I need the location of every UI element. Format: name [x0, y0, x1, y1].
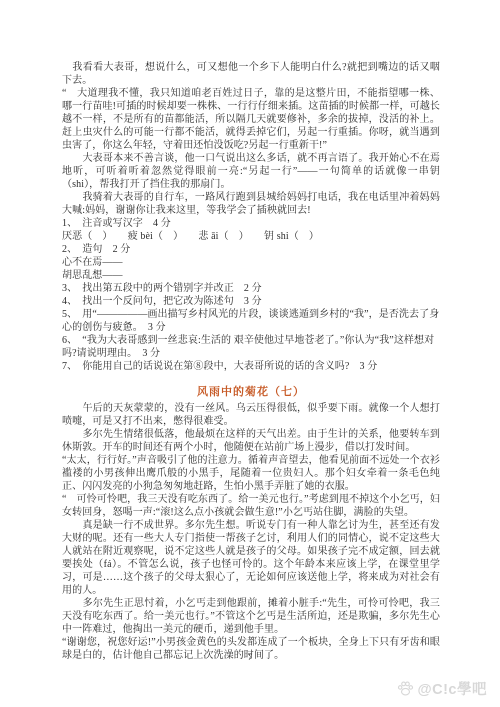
reading-paragraph: 多尔先生正思忖着，小乞丐走到他跟前，摊着小脏手:“先生，可怜可怜吧，我三天没有吃… — [62, 597, 440, 636]
question-blank-line: 胡思乱想—— — [62, 269, 440, 282]
question-blank-line: 厌恶（ ） 疲 bèi（ ） 悲 āi（ ） 钥 shi（ ） — [62, 230, 440, 243]
paragraph: 我看看大表哥，想说什么，可又想他一个乡下人能明白什么?就把到嘴边的话又咽下去。 — [62, 61, 440, 87]
question-line: 4、 找出一个反问句，把它改为陈述句 3 分 — [62, 295, 440, 308]
reading-paragraph: “ 可怜可怜吧，我三天没有吃东西了。给一美元也行。”考虑到甩不掉这个小乞丐，妇女… — [62, 493, 440, 519]
question-line: 2、 造句 2 分 — [62, 243, 440, 256]
question-line: 3、 找出第五段中的两个错别字并改正 2 分 — [62, 282, 440, 295]
reading-paragraph: 午后的天灰蒙蒙的，没有一丝风。乌云压得很低，似乎要下雨。就像一个人想打喷嚏，可是… — [62, 402, 440, 428]
question-line: 1、 注音或写汉字 4 分 — [62, 217, 440, 230]
reading-paragraph: “太太，行行好。”声音吸引了他的注意力。循着声音望去，他看见前面不远处一个衣衫褴… — [62, 454, 440, 493]
paragraph: “ 大道理我不懂，我只知道咱老百姓过日子，靠的是这整片田，不能指望哪一株、哪一行… — [62, 87, 440, 152]
reading-paragraph: 真是缺一行不成世界。多尔先生想。听说专门有一种人靠乞讨为生，甚至还有发大财的呢。… — [62, 519, 440, 597]
reading-paragraph: 多尔先生情绪很低落，他最烦在这样的天气出差。由于生计的关系，他要转车到休斯敦。开… — [62, 428, 440, 454]
page-number: 7 — [0, 653, 500, 663]
passage-end-section: 我看看大表哥，想说什么，可又想他一个乡下人能明白什么?就把到嘴边的话又咽下去。 … — [62, 61, 440, 217]
document-page: 我看看大表哥，想说什么，可又想他一个乡下人能明白什么?就把到嘴边的话又咽下去。 … — [0, 0, 500, 707]
paragraph: 大表哥本来不善言谈，他一口气说出这么多话，就不再言语了。我开始心不在焉地听，可听… — [62, 152, 440, 191]
paragraph: 我骑着大表哥的自行车，一路风行跑到县城给妈妈打电话，我在电话里冲着妈妈大喊:妈妈… — [62, 191, 440, 217]
question-line: 5、 用“—————画出描写乡村风光的片段，谈谈逃遁到乡村的“我”，是否洗去了身… — [62, 308, 440, 334]
questions-section: 1、 注音或写汉字 4 分 厌恶（ ） 疲 bèi（ ） 悲 āi（ ） 钥 s… — [62, 217, 440, 373]
question-blank-line: 心不在焉—— — [62, 256, 440, 269]
question-line: 7、 你能用自己的话说说在第⑧段中，大表哥所说的话的含义吗? 3 分 — [62, 360, 440, 373]
watermark-text: @C!c學吧 — [417, 678, 487, 699]
page-content: 我看看大表哥，想说什么，可又想他一个乡下人能明白什么?就把到嘴边的话又咽下去。 … — [62, 61, 440, 662]
reading-title: 风雨中的菊花（七） — [62, 386, 440, 399]
question-line: 6、 “我为大表哥感到一丝悲哀:生活的 艰辛使他过早地苍老了。”你认为“我”这样… — [62, 334, 440, 360]
paw-icon — [397, 680, 414, 697]
watermark: @C!c學吧 — [397, 678, 487, 699]
reading-section: 午后的天灰蒙蒙的，没有一丝风。乌云压得很低，似乎要下雨。就像一个人想打喷嚏，可是… — [62, 402, 440, 662]
